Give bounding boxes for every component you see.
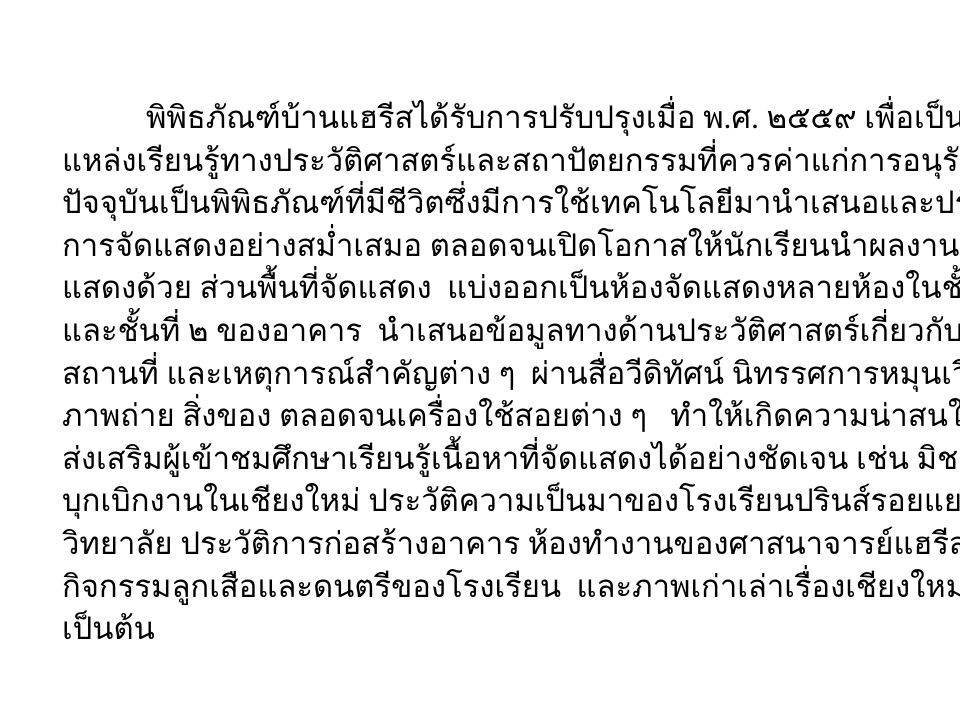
text-line: การจัดแสดงอย่างสม่ำเสมอ ตลอดจนเปิดโอกาสใ… <box>62 225 904 268</box>
text-line: กิจกรรมลูกเสือและดนตรีของโรงเรียน และภาพ… <box>62 566 904 609</box>
text-line: และชั้นที่ ๒ ของอาคาร นำเสนอข้อมูลทางด้า… <box>62 310 904 353</box>
text-line: แหล่งเรียนรู้ทางประวัติศาสตร์และสถาปัตยก… <box>62 140 904 183</box>
text-line: บุกเบิกงานในเชียงใหม่ ประวัติความเป็นมาข… <box>62 480 904 523</box>
text-line: วิทยาลัย ประวัติการก่อสร้างอาคาร ห้องทำง… <box>62 523 904 566</box>
text-line: สถานที่ และเหตุการณ์สำคัญต่าง ๆ ผ่านสื่อ… <box>62 353 904 396</box>
text-line: ส่งเสริมผู้เข้าชมศึกษาเรียนรู้เนื้อหาที่… <box>62 438 904 481</box>
document-slide: พิพิธภัณฑ์บ้านแฮรีสได้รับการปรับปรุงเมื่… <box>0 0 960 720</box>
body-paragraph: พิพิธภัณฑ์บ้านแฮรีสได้รับการปรับปรุงเมื่… <box>62 97 904 651</box>
text-line: แสดงด้วย ส่วนพื้นที่จัดแสดง แบ่งออกเป็นห… <box>62 267 904 310</box>
text-line: ภาพถ่าย สิ่งของ ตลอดจนเครื่องใช้สอยต่าง … <box>62 395 904 438</box>
text-line: เป็นต้น <box>62 608 904 651</box>
text-line: พิพิธภัณฑ์บ้านแฮรีสได้รับการปรับปรุงเมื่… <box>62 97 904 140</box>
text-line: ปัจจุบันเป็นพิพิธภัณฑ์ที่มีชีวิตซึ่งมีกา… <box>62 182 904 225</box>
